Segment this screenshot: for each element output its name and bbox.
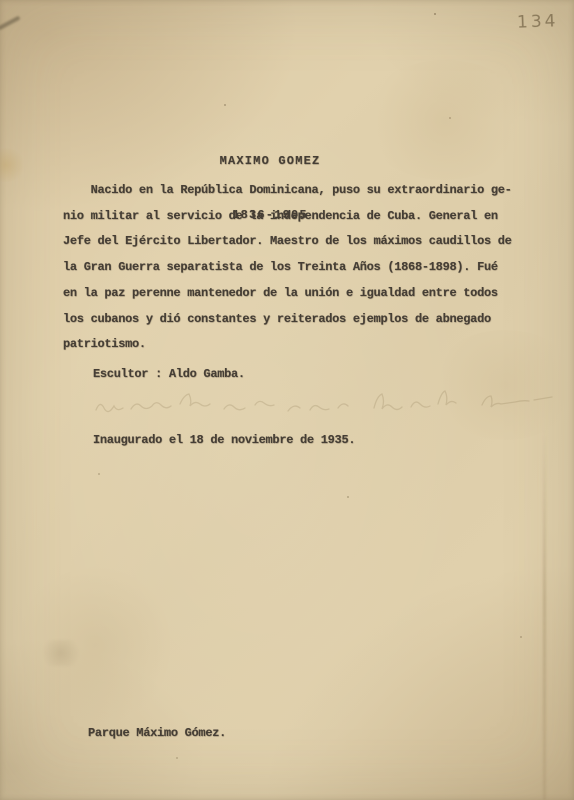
typewritten-line: patriotismo. <box>63 332 533 358</box>
typewritten-line: los cubanos y dió constantes y reiterado… <box>63 307 533 333</box>
title-name: MAXIMO GOMEZ <box>0 148 540 174</box>
sculptor-line: Escultor : Aldo Gamba. <box>93 367 245 381</box>
typewritten-line: Nacido en la República Dominicana, puso … <box>63 178 533 204</box>
typewritten-line: en la paz perenne mantenedor de la unión… <box>63 281 533 307</box>
paper-specks <box>0 0 2 2</box>
typewritten-line: Jefe del Ejército Libertador. Maestro de… <box>63 229 533 255</box>
paper-smudge <box>38 640 84 666</box>
paper-fold-crease <box>543 430 546 800</box>
location-line: Parque Máximo Gómez. <box>88 726 226 740</box>
handwritten-page-number: 134 <box>517 11 559 32</box>
inauguration-line: Inaugurado el 18 de noviembre de 1935. <box>93 433 355 447</box>
document-page: 134 MAXIMO GOMEZ 1836-1905 Nacido en la … <box>0 0 574 800</box>
typewritten-line: la Gran Guerra separatista de los Treint… <box>63 255 533 281</box>
body-paragraph: Nacido en la República Dominicana, puso … <box>63 178 533 358</box>
illegible-pencil-handwriting <box>92 388 562 424</box>
typewritten-line: nio militar al servicio de la independen… <box>63 204 533 230</box>
pencil-smudge <box>0 16 21 31</box>
